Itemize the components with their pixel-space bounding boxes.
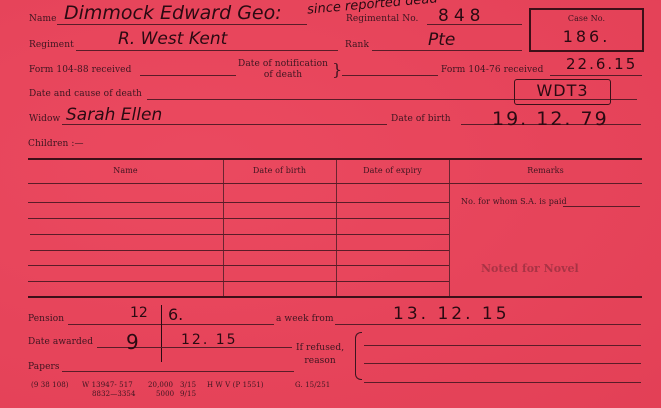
widow-dob-value: 19. 12. 79 [492,108,609,130]
children-table-top-rule [28,158,642,160]
table-row-line [28,281,449,282]
week-from-label: a week from [276,314,334,324]
notification-label-line1: Date of notification [238,59,328,69]
refused-label-line2: reason [304,356,335,366]
regiment-underline [76,50,338,51]
pension-underline [68,324,274,325]
case-no-box: Case No. 186. [529,8,644,52]
brace-icon: } [332,60,342,79]
regimental-no-label: Regimental No. [346,14,419,24]
print-code-a: (9 38 108) [31,381,69,389]
refused-reason-line-3 [364,382,641,383]
name-value: Dimmock Edward Geo: [64,2,282,24]
pension-pence: 6. [168,305,183,324]
papers-underline [62,371,294,372]
week-from-value: 13. 12. 15 [393,304,510,324]
form-104-88-label: Form 104-88 received [29,65,131,75]
date-awarded-day: 9 [126,330,139,354]
col-header-remarks: Remarks [449,166,642,175]
table-row-line [28,202,449,203]
table-row-line [30,234,449,235]
papers-label: Papers [28,362,60,372]
shilling-pence-divider [161,305,162,362]
widow-dob-label: Date of birth [391,114,451,124]
pension-shillings: 12 [130,305,148,321]
case-no-label: Case No. [531,14,642,23]
date-awarded-label: Date awarded [28,337,93,347]
widow-value: Sarah Ellen [66,105,162,125]
regiment-value: R. West Kent [118,29,227,49]
regimental-no-value: 848 [438,6,485,26]
noted-stamp: Noted for Novel [481,262,579,275]
print-code-c: 20,000 [148,381,173,389]
rank-underline [372,50,522,51]
print-code-b: W 13947- 517 [82,381,133,389]
date-cause-label: Date and cause of death [29,89,142,99]
refused-brace-icon [355,332,362,380]
form-104-88-underline [140,75,236,76]
col-header-expiry: Date of expiry [336,166,449,175]
refused-reason-line-1 [364,345,641,346]
notification-label: Date of notification of death [238,59,328,81]
col-header-name: Name [28,166,223,175]
print-code-d2: 9/15 [180,390,196,398]
regiment-label: Regiment [29,40,74,50]
rank-value: Pte [428,30,455,50]
refused-reason-line-2 [364,363,641,364]
pension-label: Pension [28,314,64,324]
name-label: Name [29,14,57,24]
print-code-c2: 5000 [156,390,174,398]
wdt-stamp-code: WDT3 [515,81,610,100]
case-no-value: 186. [531,27,642,46]
col-divider-1 [223,160,224,297]
print-code-f: G. 15/251 [295,381,330,389]
date-awarded-rest: 12. 15 [181,332,238,348]
notification-label-line2: of death [264,70,302,80]
col-divider-3 [449,160,450,297]
table-row-line [28,265,449,266]
header-underline [28,183,642,184]
sa-paid-underline [563,206,640,207]
sa-paid-label: No. for whom S.A. is paid [461,197,567,206]
print-code-b2: 8832—3354 [92,390,136,398]
col-header-dob: Date of birth [223,166,336,175]
table-row-line [28,218,449,219]
notification-underline [342,75,438,76]
print-code-d: 3/15 [180,381,196,389]
form-104-76-underline [550,75,642,76]
children-label: Children :— [28,139,84,149]
table-row-line [30,250,449,251]
children-table-bottom-rule [28,296,642,298]
rank-label: Rank [345,40,369,50]
pension-record-card: Name Dimmock Edward Geo: since reported … [0,0,661,408]
form-104-76-value: 22.6.15 [566,55,637,73]
refused-label: If refused, reason [296,342,344,368]
col-divider-2 [336,160,337,297]
wdt-stamp-box: WDT3 [514,79,611,105]
form-104-76-label: Form 104-76 received [441,65,543,75]
print-code-e: H W V (P 1551) [207,381,264,389]
refused-label-line1: If refused, [296,343,344,353]
week-from-underline [335,324,641,325]
widow-label: Widow [29,114,60,124]
name-underline [57,24,307,25]
